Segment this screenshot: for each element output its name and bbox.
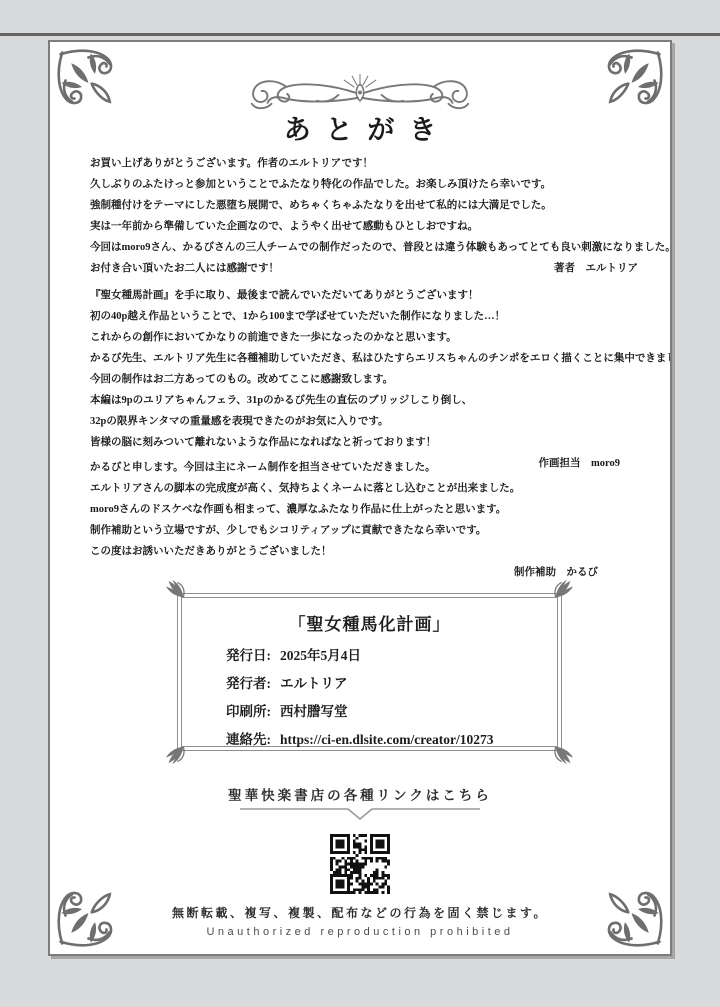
links-divider-line xyxy=(238,806,482,822)
illustrator-paragraph: 『聖女種馬計画』を手に取り、最後まで読んでいただいてありがとうございます！初の4… xyxy=(90,285,668,474)
colophon-inner-border: 「聖女種馬化計画」 発行日:2025年5月4日 発行者:エルトリア 印刷所:西村… xyxy=(181,597,558,747)
flourish-divider-icon xyxy=(242,68,478,112)
paragraph-last-row: お付き合い頂いたお二人には感謝です！ 著者 エルトリア xyxy=(90,258,668,279)
publish-date-row: 発行日:2025年5月4日 xyxy=(226,642,547,670)
printer-value: 西村謄写堂 xyxy=(280,704,348,719)
publish-date-value: 2025年5月4日 xyxy=(280,648,361,663)
text-line: 今回はmoro9さん、かるびさんの三人チームでの制作だったので、普段とは違う体験… xyxy=(90,237,668,258)
publisher-row: 発行者:エルトリア xyxy=(226,670,547,698)
copyright-notice-jp: 無断転載、複写、複製、配布などの行為を固く禁じます。 xyxy=(50,904,670,921)
paragraph-lines: お買い上げありがとうございます。作者のエルトリアです！久しぶりのふたけっと参加と… xyxy=(90,153,668,258)
top-rule xyxy=(0,33,720,36)
text-line: 初の40p越え作品ということで、1から100まで学ばせていただいた制作になりまし… xyxy=(90,306,668,327)
printer-row: 印刷所:西村謄写堂 xyxy=(226,698,547,726)
text-line: この度はお誘いいただきありがとうございました！ xyxy=(90,541,668,562)
text-line: moro9さんのドスケベな作画も相まって、濃厚なふたなり作品に仕上がったと思いま… xyxy=(90,499,668,520)
publisher-label: 発行者: xyxy=(226,676,271,691)
text-line: かるび先生、エルトリア先生に各種補助していただき、私はひたすらエリスちゃんのチン… xyxy=(90,348,668,369)
colophon-entries: 発行日:2025年5月4日 発行者:エルトリア 印刷所:西村謄写堂 連絡先:ht… xyxy=(226,642,547,754)
paragraph-lines: 『聖女種馬計画』を手に取り、最後まで読んでいただいてありがとうございます！初の4… xyxy=(90,285,668,453)
text-line: 『聖女種馬計画』を手に取り、最後まで読んでいただいてありがとうございます！ xyxy=(90,285,668,306)
book-title: 「聖女種馬化計画」 xyxy=(182,610,557,635)
contact-url[interactable]: https://ci-en.dlsite.com/creator/10273 xyxy=(280,732,493,747)
contact-label: 連絡先: xyxy=(226,732,271,747)
text-line: かるびと申します。今回は主にネーム制作を担当させていただきました。 xyxy=(90,457,668,478)
paragraph-last-line: お付き合い頂いたお二人には感謝です！ xyxy=(90,258,279,279)
text-line: お買い上げありがとうございます。作者のエルトリアです！ xyxy=(90,153,668,174)
text-line: 本編は9pのユリアちゃんフェラ、31pのかるび先生の直伝のブリッジしこり倒し、 xyxy=(90,390,668,411)
text-line: 今回の制作はお二方あってのもの。改めてここに感謝致します。 xyxy=(90,369,668,390)
author-signature: 著者 エルトリア xyxy=(554,258,668,279)
text-line: 32pの限界キンタマの重量感を表現できたのがお気に入りです。 xyxy=(90,411,668,432)
afterword-page-background: { "colors": { "page_bg": "#d9dadb", "pap… xyxy=(0,0,720,1007)
text-line: エルトリアさんの脚本の完成度が高く、気持ちよくネームに落とし込むことが出来ました… xyxy=(90,478,668,499)
publish-date-label: 発行日: xyxy=(226,648,271,663)
contact-row: 連絡先:https://ci-en.dlsite.com/creator/102… xyxy=(226,726,547,754)
afterword-paper: あとがき お買い上げありがとうございます。作者のエルトリアです！久しぶりのふたけ… xyxy=(48,40,672,956)
paragraph-lines: かるびと申します。今回は主にネーム制作を担当させていただきました。エルトリアさん… xyxy=(90,457,668,562)
publisher-value: エルトリア xyxy=(280,676,348,691)
text-line: 皆様の脳に刻みついて離れないような作品になればなと祈っております！ xyxy=(90,432,668,453)
colophon-box: 「聖女種馬化計画」 発行日:2025年5月4日 発行者:エルトリア 印刷所:西村… xyxy=(177,593,562,751)
qr-code-icon xyxy=(330,834,390,894)
text-line: 強制種付けをテーマにした悪堕ち展開で、めちゃくちゃふたなりを出せて私的には大満足… xyxy=(90,195,668,216)
text-line: 実は一年前から準備していた企画なので、ようやく出せて感動もひとしおですね。 xyxy=(90,216,668,237)
assistant-paragraph: かるびと申します。今回は主にネーム制作を担当させていただきました。エルトリアさん… xyxy=(90,457,668,583)
text-line: 制作補助という立場ですが、少しでもシコリティアップに貢献できたなら幸いです。 xyxy=(90,520,668,541)
links-heading: 聖華快楽書店の各種リンクはこちら xyxy=(50,784,670,804)
copyright-notice-en: Unauthorized reproduction prohibited xyxy=(50,926,670,938)
author-paragraph: お買い上げありがとうございます。作者のエルトリアです！久しぶりのふたけっと参加と… xyxy=(90,153,668,279)
printer-label: 印刷所: xyxy=(226,704,271,719)
text-line: 久しぶりのふたけっと参加ということでふたなり特化の作品でした。お楽しみ頂けたら幸… xyxy=(90,174,668,195)
text-line: これからの創作においてかなりの前進できた一歩になったのかなと思います。 xyxy=(90,327,668,348)
page-title: あとがき xyxy=(50,108,670,147)
